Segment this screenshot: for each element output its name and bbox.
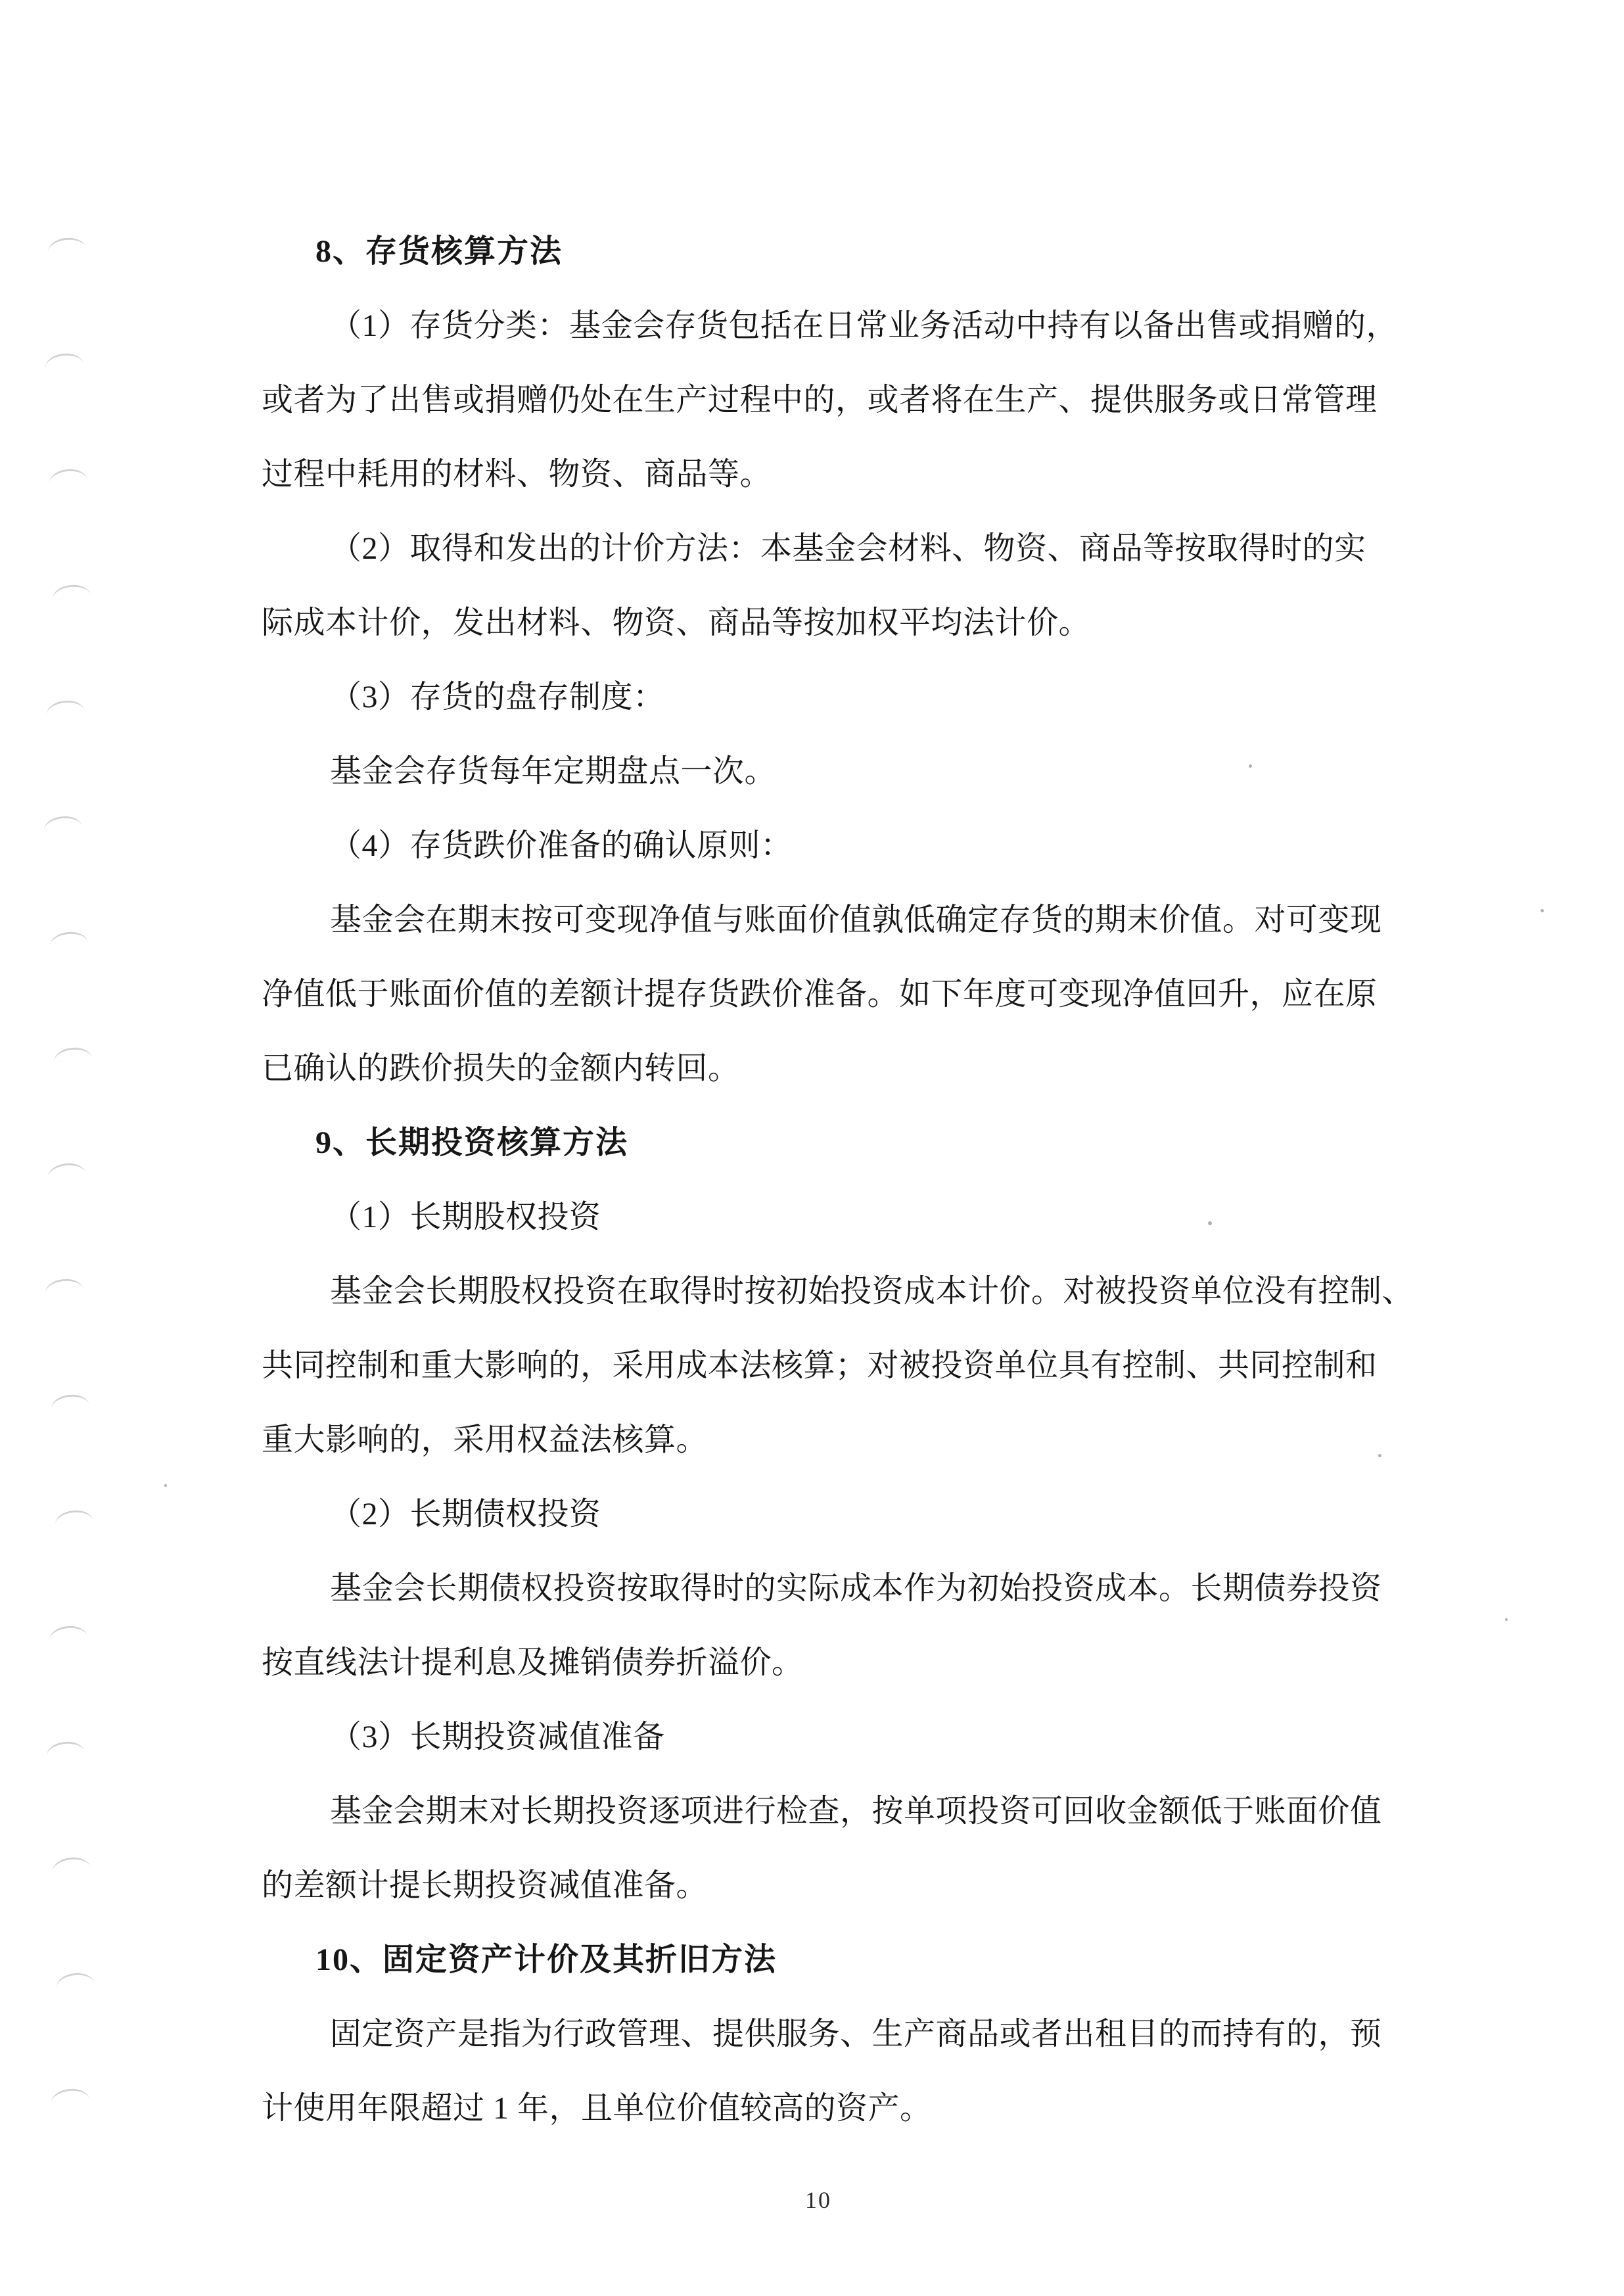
binding-mark — [44, 1277, 83, 1294]
doc-line: 基金会在期末按可变现净值与账面价值孰低确定存货的期末价值。对可变现 — [262, 883, 1387, 957]
doc-line: 基金会长期债权投资按取得时的实际成本作为初始投资成本。长期债券投资 — [262, 1551, 1387, 1626]
binding-mark — [45, 1740, 85, 1756]
binding-mark — [53, 1046, 92, 1062]
section-heading-fixed-assets: 10、固定资产计价及其折旧方法 — [262, 1923, 1387, 1997]
doc-line: 基金会长期股权投资在取得时按初始投资成本计价。对被投资单位没有控制、 — [262, 1254, 1387, 1328]
doc-line: （2）长期债权投资 — [262, 1477, 1387, 1551]
doc-line: （3）存货的盘存制度： — [262, 660, 1387, 734]
document-page: 8、存货核算方法 （1）存货分类：基金会存货包括在日常业务活动中持有以备出售或捐… — [0, 0, 1624, 2296]
doc-line: 计使用年限超过 1 年，且单位价值较高的资产。 — [262, 2071, 1387, 2145]
binding-mark — [55, 1971, 95, 1988]
doc-line: （3）长期投资减值准备 — [262, 1700, 1387, 1774]
page-number: 10 — [779, 2186, 858, 2214]
binding-mark — [47, 1161, 86, 1178]
binding-mark — [48, 467, 87, 484]
section-heading-inventory: 8、存货核算方法 — [262, 214, 1387, 289]
binding-mark — [48, 1624, 87, 1641]
doc-line: 或者为了出售或捐赠仍处在生产过程中的，或者将在生产、提供服务或日常管理 — [262, 363, 1387, 437]
binding-mark — [51, 583, 91, 599]
binding-mark — [54, 1509, 93, 1525]
doc-line: 固定资产是指为行政管理、提供服务、生产商品或者出租目的而持有的，预 — [262, 1997, 1387, 2071]
doc-line: 重大影响的，采用权益法核算。 — [262, 1403, 1387, 1477]
binding-mark — [49, 930, 88, 947]
doc-line: 共同控制和重大影响的，采用成本法核算；对被投资单位具有控制、共同控制和 — [262, 1328, 1387, 1403]
binding-mark — [45, 699, 85, 715]
doc-line: （1）存货分类：基金会存货包括在日常业务活动中持有以备出售或捐赠的， — [262, 289, 1387, 363]
doc-line: （2）取得和发出的计价方法：本基金会材料、物资、商品等按取得时的实 — [262, 511, 1387, 586]
doc-line: （1）长期股权投资 — [262, 1180, 1387, 1254]
doc-line: 的差额计提长期投资减值准备。 — [262, 1848, 1387, 1923]
binding-mark — [50, 2087, 89, 2103]
doc-line: 基金会存货每年定期盘点一次。 — [262, 734, 1387, 808]
section-heading-longterm-investment: 9、长期投资核算方法 — [262, 1106, 1387, 1180]
binding-mark — [47, 236, 86, 252]
document-text-block: 8、存货核算方法 （1）存货分类：基金会存货包括在日常业务活动中持有以备出售或捐… — [262, 214, 1387, 2145]
scan-speck — [164, 1484, 167, 1487]
binding-mark — [44, 352, 83, 368]
doc-line: 基金会期末对长期投资逐项进行检查，按单项投资可回收金额低于账面价值 — [262, 1774, 1387, 1848]
doc-line: 际成本计价，发出材料、物资、商品等按加权平均法计价。 — [262, 586, 1387, 660]
binding-mark — [43, 814, 82, 831]
doc-line: 已确认的跌价损失的金额内转回。 — [262, 1031, 1387, 1106]
doc-line: （4）存货跌价准备的确认原则： — [262, 808, 1387, 883]
doc-line: 过程中耗用的材料、物资、商品等。 — [262, 437, 1387, 511]
binding-mark — [50, 1393, 89, 1409]
scan-speck — [1505, 1618, 1508, 1621]
doc-line: 净值低于账面价值的差额计提存货跌价准备。如下年度可变现净值回升，应在原 — [262, 957, 1387, 1031]
binding-mark — [51, 1856, 91, 1872]
scan-speck — [1541, 909, 1544, 912]
doc-line: 按直线法计提利息及摊销债券折溢价。 — [262, 1626, 1387, 1700]
